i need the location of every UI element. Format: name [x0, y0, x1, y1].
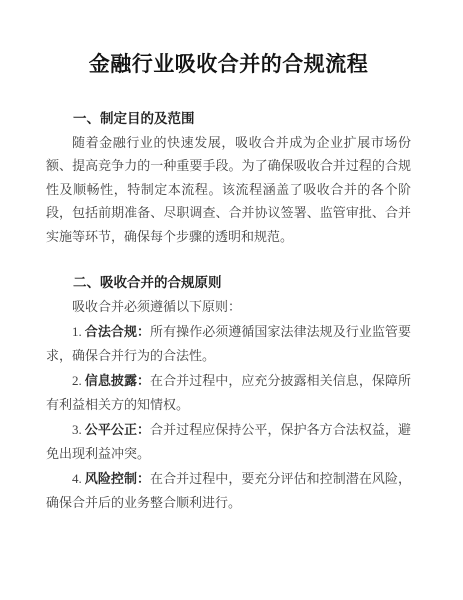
section-heading-principles: 二、吸收合并的合规原则 [46, 271, 411, 295]
item-term: 合法合规： [85, 324, 150, 339]
item-number: 3. [72, 422, 82, 437]
item-term: 信息披露： [85, 373, 150, 388]
section-heading-purpose: 一、制定目的及范围 [46, 107, 411, 131]
principles-intro: 吸收合并必须遵循以下原则： [46, 295, 411, 319]
list-item-disclosure: 2.信息披露：在合并过程中，应充分披露相关信息，保障所有利益相关方的知情权。 [46, 369, 411, 416]
list-item-legality: 1.合法合规：所有操作必须遵循国家法律法规及行业监管要求，确保合并行为的合法性。 [46, 320, 411, 367]
section-compliance-principles: 二、吸收合并的合规原则 吸收合并必须遵循以下原则： 1.合法合规：所有操作必须遵… [46, 271, 411, 514]
section-purpose-and-scope: 一、制定目的及范围 随着金融行业的快速发展，吸收合并成为企业扩展市场份额、提高竞… [46, 107, 411, 248]
item-term: 风险控制： [85, 471, 150, 486]
item-term: 公平公正： [85, 422, 150, 437]
item-number: 1. [72, 324, 82, 339]
document-page: 金融行业吸收合并的合规流程 一、制定目的及范围 随着金融行业的快速发展，吸收合并… [0, 0, 463, 600]
body-paragraph-purpose: 随着金融行业的快速发展，吸收合并成为企业扩展市场份额、提高竞争力的一种重要手段。… [46, 131, 411, 249]
item-number: 2. [72, 373, 82, 388]
item-number: 4. [72, 471, 82, 486]
list-item-fairness: 3.公平公正：合并过程应保持公平，保护各方合法权益，避免出现利益冲突。 [46, 418, 411, 465]
list-item-risk-control: 4.风险控制：在合并过程中，要充分评估和控制潜在风险，确保合并后的业务整合顺利进… [46, 467, 411, 514]
document-title: 金融行业吸收合并的合规流程 [46, 50, 411, 80]
